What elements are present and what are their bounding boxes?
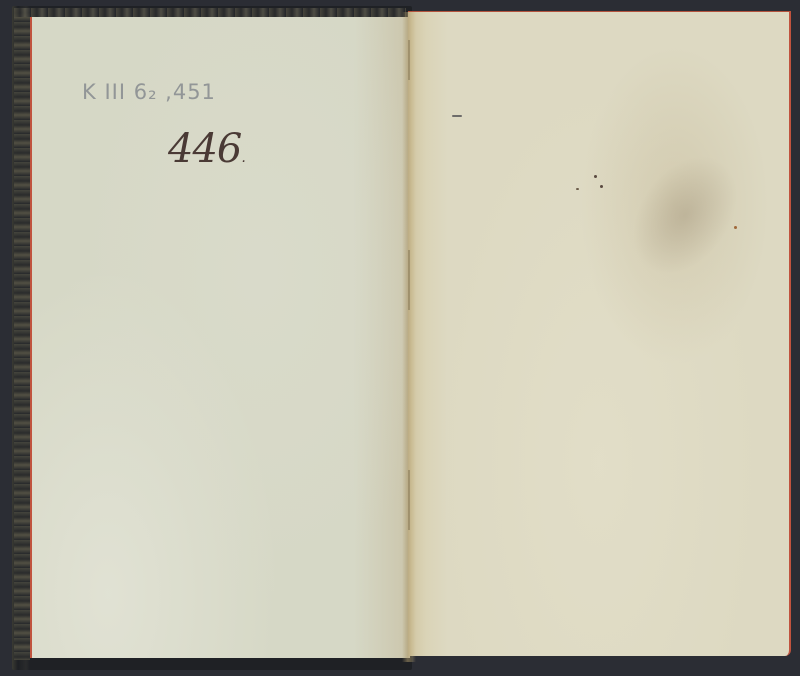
pencil-mark <box>452 115 462 117</box>
board-left-edge <box>14 8 30 660</box>
ink-speck <box>734 226 737 229</box>
binding-stitch <box>408 470 410 530</box>
binding-stitch <box>408 250 410 310</box>
handwritten-number: 446. <box>168 126 245 172</box>
left-endpaper <box>30 17 410 658</box>
ink-speck <box>576 188 579 190</box>
pencil-shelfmark: K III 6₂ ,451 <box>82 80 216 104</box>
binding-stitch <box>408 40 410 80</box>
number-suffix: . <box>241 150 244 166</box>
right-endpaper <box>408 11 791 656</box>
board-top-edge <box>14 8 406 17</box>
gutter-fold <box>402 12 416 662</box>
number-value: 446 <box>168 126 241 172</box>
ink-speck <box>594 175 597 178</box>
ink-speck <box>600 185 603 188</box>
